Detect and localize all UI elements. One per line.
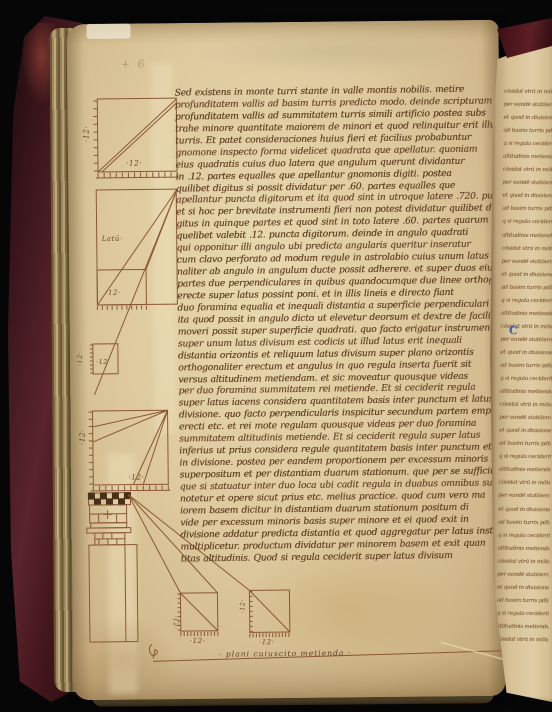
tower-neck [95, 533, 125, 545]
facing-page-text-line: ad basim turris pdīcto m [501, 281, 552, 295]
diagram-gnomon-square-1: ·12· ·12· [81, 98, 179, 178]
facing-page-text-line: q si regula ceciderit sup [497, 607, 549, 621]
facing-page-text-line: ad basim turris pdīcto m [500, 360, 552, 374]
facing-page-text-line: et quod in diuisione exit [502, 190, 552, 204]
facing-page-text-line: et quod in diuisione exit [501, 268, 552, 282]
facing-page-text-line: ad basim turris pdīcto m [502, 203, 552, 217]
diagram-label: ·12· [76, 352, 84, 366]
facing-page-text-line: q si regula ceciderit sup [503, 138, 552, 152]
facing-page-text-line: cōsidat vtrū in mōte et q [498, 477, 550, 491]
tower-cornice [87, 523, 131, 533]
facing-page-text-line: altitudinis metiende qnt [499, 464, 551, 478]
diagram-base-square-left: ·12· ·12· [171, 593, 218, 645]
facing-page-text-line: et quod in diuisione exit [500, 347, 552, 361]
facing-page-text-line: per eandē statiōem moīa [504, 99, 552, 113]
tower-battlements [88, 493, 130, 505]
facing-page-text: cōsidat vtrū in mōte et qper eandē stati… [496, 86, 552, 667]
facing-page-text-line: altitudinis metiende qnt [496, 621, 548, 635]
tower-shaft [89, 545, 138, 642]
facing-page-text-line: cōsidat vtrū in mōte et q [502, 242, 552, 256]
diagram-base-square-right: ·12· ·12· [238, 590, 290, 647]
facing-page-text-line: q si regula ceciderit sup [501, 294, 552, 308]
facing-page-text-line: et quod in diuisione exit [499, 425, 551, 439]
facing-page-text-line: et quod in diuisione exit [498, 503, 550, 517]
facing-page-text-line: q si regula ceciderit sup [502, 216, 552, 230]
facing-page-text-line: altitudinis metiende qnt [501, 307, 552, 321]
diagram-label: ·12· [78, 429, 87, 445]
facing-page-text-line: ad basim turris pdīcto m [503, 125, 552, 139]
diagram-label: ·12· [105, 289, 120, 297]
facing-page-text-line: ad basim turris pdīcto m [499, 438, 551, 452]
facing-page-text-line: q si regula ceciderit sup [500, 373, 552, 387]
facing-page-text-line: per eandē statiōem moīa [497, 568, 549, 582]
diagram-label: ·12· [259, 638, 274, 646]
diagram-label: ·12· [82, 126, 91, 142]
diagram-label: ·12 [96, 358, 108, 366]
photo-backdrop: + 6 ·12· ·12· [0, 0, 552, 712]
facing-page-text-line: cōsidat vtrū in mōte et q [499, 399, 551, 413]
facing-page-text-line: et quod in diuisione exit [504, 112, 552, 126]
facing-page-text-line: ad basim turris pdīcto m [497, 594, 549, 608]
diagram-label: ·12· [128, 472, 144, 481]
manuscript-page: + 6 ·12· ·12· [66, 20, 505, 700]
facing-page-text-line: q si regula ceciderit sup [499, 451, 551, 465]
quire-signature-mark [149, 644, 157, 658]
facing-page-text-line: altitudinis metiende qnt [497, 542, 549, 556]
facing-page-text-line: cōsidat vtrū in mōte et q [503, 164, 552, 178]
diagram-label: ·12· [190, 637, 205, 645]
blue-initial-mark: C [508, 323, 518, 337]
facing-page-text-line: cōsidat vtrū in mōte et q [504, 86, 552, 100]
catchword: · plani cuiuscito metienda · [219, 648, 351, 658]
facing-page-text-line: cōsidat vtrū in mōte et q [496, 634, 548, 648]
diagram-gnomon-square-2: ·12· ·12· [78, 410, 171, 491]
facing-page-text-line: altitudinis metiende qnt [500, 386, 552, 400]
facing-page-text-line: cōsidat vtrū in mōte et q [497, 555, 549, 569]
facing-page-text-line: altitudinis metiende qnt [503, 151, 552, 165]
diagram-label: Latū· [101, 235, 123, 243]
text-lines: Sed existens in monte turri stante in va… [175, 83, 509, 571]
facing-page-text-line: altitudinis metiende qnt [502, 229, 552, 243]
cross-icon [103, 510, 112, 519]
facing-page: cōsidat vtrū in mōte et qper eandē stati… [487, 38, 552, 702]
diagram-label: ·12· [126, 158, 142, 167]
diagram-tall-latus-figure: Latū· ·12· ·12 ·12· [74, 189, 179, 395]
facing-page-text-line: per eandē statiōem moīa [503, 177, 552, 191]
facing-page-text-line: et quod in diuisione exit [497, 581, 549, 595]
facing-page-text-line: per eandē statiōem moīa [499, 412, 551, 426]
diagram-label: ·12· [239, 599, 247, 613]
facing-page-text-line: ad basim turris pdīcto m [498, 516, 550, 530]
facing-page-text-line: q si regula ceciderit sup [498, 529, 550, 543]
facing-page-text-line: per eandē statiōem moīa [502, 255, 552, 269]
facing-page-text-line: per eandē statiōem moīa [498, 490, 550, 504]
diagram-label: ·12· [172, 615, 180, 629]
